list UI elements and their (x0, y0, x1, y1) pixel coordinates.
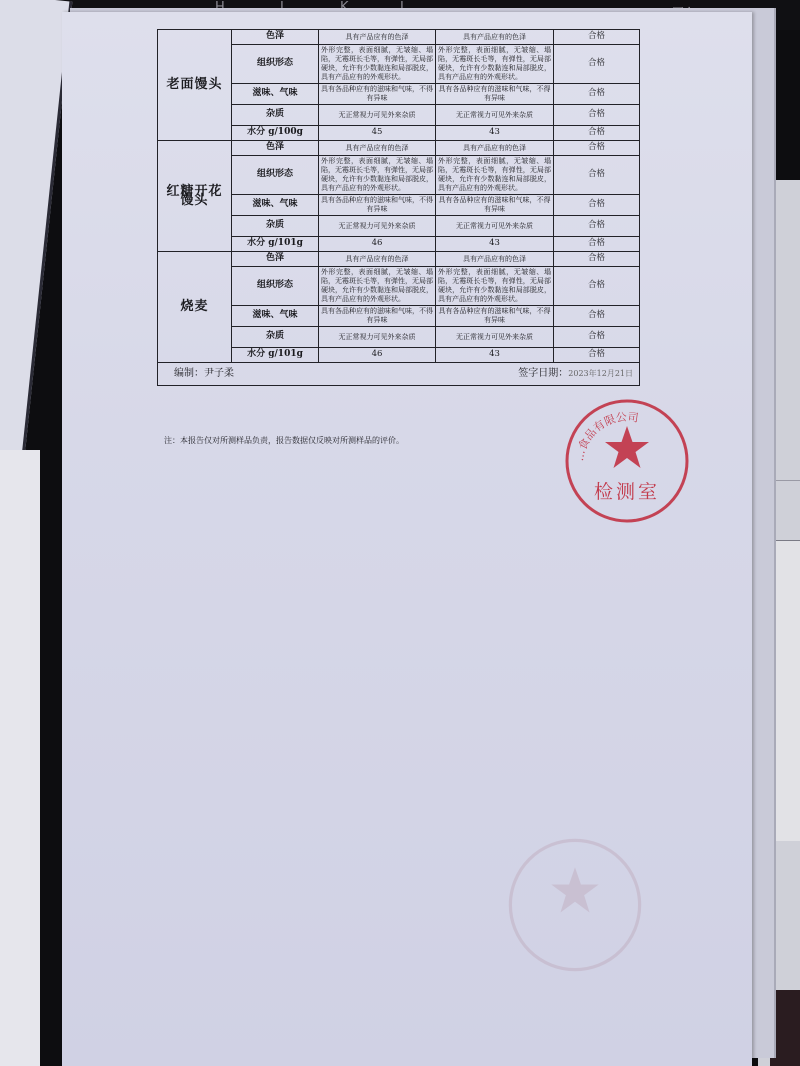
verdict-cell: 合格 (554, 126, 640, 141)
verdict-cell: 合格 (554, 141, 640, 156)
standard-cell: 具有各品种应有的滋味和气味，不得有异味 (319, 306, 436, 327)
item-cell: 组织形态 (232, 156, 319, 195)
standard-cell: 无正常视力可见外来杂质 (319, 216, 436, 237)
item-cell: 杂质 (232, 327, 319, 348)
verdict-cell: 合格 (554, 84, 640, 105)
verdict-cell: 合格 (554, 267, 640, 306)
standard-cell: 无正常视力可见外来杂质 (319, 105, 436, 126)
company-seal-stamp: …食品有限公司 检测室 (562, 396, 692, 526)
result-cell: 外形完整，表面细腻，无皱缩、塌陷，无霉斑长毛等，有弹性，无局部硬块，允许有少数黏… (436, 45, 554, 84)
result-cell: 43 (436, 126, 554, 141)
result-cell: 43 (436, 237, 554, 252)
standard-cell: 具有产品应有的色泽 (319, 141, 436, 156)
standard-cell: 无正常视力可见外来杂质 (319, 327, 436, 348)
item-cell: 滋味、气味 (232, 195, 319, 216)
seal-ghost-impression (505, 835, 645, 975)
standard-cell: 46 (319, 348, 436, 363)
standard-cell: 外形完整，表面细腻，无皱缩、塌陷，无霉斑长毛等，有弹性，无局部硬块，允许有少数黏… (319, 45, 436, 84)
result-cell: 43 (436, 348, 554, 363)
table-row: 老面馒头色泽具有产品应有的色泽具有产品应有的色泽合格 (158, 30, 640, 45)
verdict-cell: 合格 (554, 252, 640, 267)
svg-text:检测室: 检测室 (594, 481, 660, 503)
sign-date-label: 签字日期： (518, 368, 568, 379)
result-cell: 具有各品种应有的滋味和气味，不得有异味 (436, 306, 554, 327)
item-cell: 杂质 (232, 216, 319, 237)
result-cell: 具有各品种应有的滋味和气味，不得有异味 (436, 195, 554, 216)
item-cell: 滋味、气味 (232, 84, 319, 105)
product-name-cell: 红糖开花馒头 (158, 141, 232, 252)
product-name-cell: 烧麦 (158, 252, 232, 363)
verdict-cell: 合格 (554, 237, 640, 252)
result-cell: 具有产品应有的色泽 (436, 30, 554, 45)
standard-cell: 具有各品种应有的滋味和气味，不得有异味 (319, 84, 436, 105)
sign-date-value: 2023年12月21日 (568, 369, 633, 378)
verdict-cell: 合格 (554, 348, 640, 363)
editor-label: 编制： (174, 368, 204, 379)
signature-row: 编制：尹子柔签字日期：2023年12月21日 (158, 363, 640, 386)
result-cell: 无正常视力可见外来杂质 (436, 327, 554, 348)
item-cell: 水分 g/100g (232, 126, 319, 141)
verdict-cell: 合格 (554, 195, 640, 216)
item-cell: 滋味、气味 (232, 306, 319, 327)
verdict-cell: 合格 (554, 327, 640, 348)
verdict-cell: 合格 (554, 216, 640, 237)
desk-surface-left (0, 450, 40, 1066)
item-cell: 水分 g/101g (232, 348, 319, 363)
standard-cell: 46 (319, 237, 436, 252)
verdict-cell: 合格 (554, 45, 640, 84)
verdict-cell: 合格 (554, 30, 640, 45)
standard-cell: 外形完整，表面细腻，无皱缩、塌陷，无霉斑长毛等，有弹性，无局部硬块，允许有少数黏… (319, 156, 436, 195)
item-cell: 组织形态 (232, 267, 319, 306)
standard-cell: 具有产品应有的色泽 (319, 30, 436, 45)
report-page: 老面馒头色泽具有产品应有的色泽具有产品应有的色泽合格组织形态外形完整，表面细腻，… (62, 12, 752, 1066)
verdict-cell: 合格 (554, 105, 640, 126)
star-icon (605, 426, 649, 468)
result-cell: 无正常视力可见外来杂质 (436, 216, 554, 237)
product-name-cell: 老面馒头 (158, 30, 232, 141)
inspection-table: 老面馒头色泽具有产品应有的色泽具有产品应有的色泽合格组织形态外形完整，表面细腻，… (157, 29, 640, 386)
result-cell: 无正常视力可见外来杂质 (436, 105, 554, 126)
report-note: 注：本报告仅对所测样品负责，报告数据仅反映对所测样品的评价。 (164, 435, 404, 446)
sign-date-field: 签字日期：2023年12月21日 (518, 369, 637, 379)
item-cell: 色泽 (232, 252, 319, 267)
verdict-cell: 合格 (554, 306, 640, 327)
standard-cell: 45 (319, 126, 436, 141)
standard-cell: 具有产品应有的色泽 (319, 252, 436, 267)
verdict-cell: 合格 (554, 156, 640, 195)
editor-name: 尹子柔 (204, 368, 234, 379)
standard-cell: 具有各品种应有的滋味和气味，不得有异味 (319, 195, 436, 216)
result-cell: 外形完整，表面细腻，无皱缩、塌陷，无霉斑长毛等，有弹性，无局部硬块，允许有少数黏… (436, 267, 554, 306)
item-cell: 杂质 (232, 105, 319, 126)
result-cell: 具有产品应有的色泽 (436, 252, 554, 267)
table-row: 烧麦色泽具有产品应有的色泽具有产品应有的色泽合格 (158, 252, 640, 267)
item-cell: 水分 g/101g (232, 237, 319, 252)
table-row: 红糖开花馒头色泽具有产品应有的色泽具有产品应有的色泽合格 (158, 141, 640, 156)
result-cell: 外形完整，表面细腻，无皱缩、塌陷，无霉斑长毛等，有弹性，无局部硬块，允许有少数黏… (436, 156, 554, 195)
item-cell: 色泽 (232, 141, 319, 156)
result-cell: 具有产品应有的色泽 (436, 141, 554, 156)
item-cell: 组织形态 (232, 45, 319, 84)
editor-field: 编制：尹子柔 (160, 369, 234, 379)
result-cell: 具有各品种应有的滋味和气味，不得有异味 (436, 84, 554, 105)
standard-cell: 外形完整，表面细腻，无皱缩、塌陷，无霉斑长毛等，有弹性，无局部硬块，允许有少数黏… (319, 267, 436, 306)
item-cell: 色泽 (232, 30, 319, 45)
